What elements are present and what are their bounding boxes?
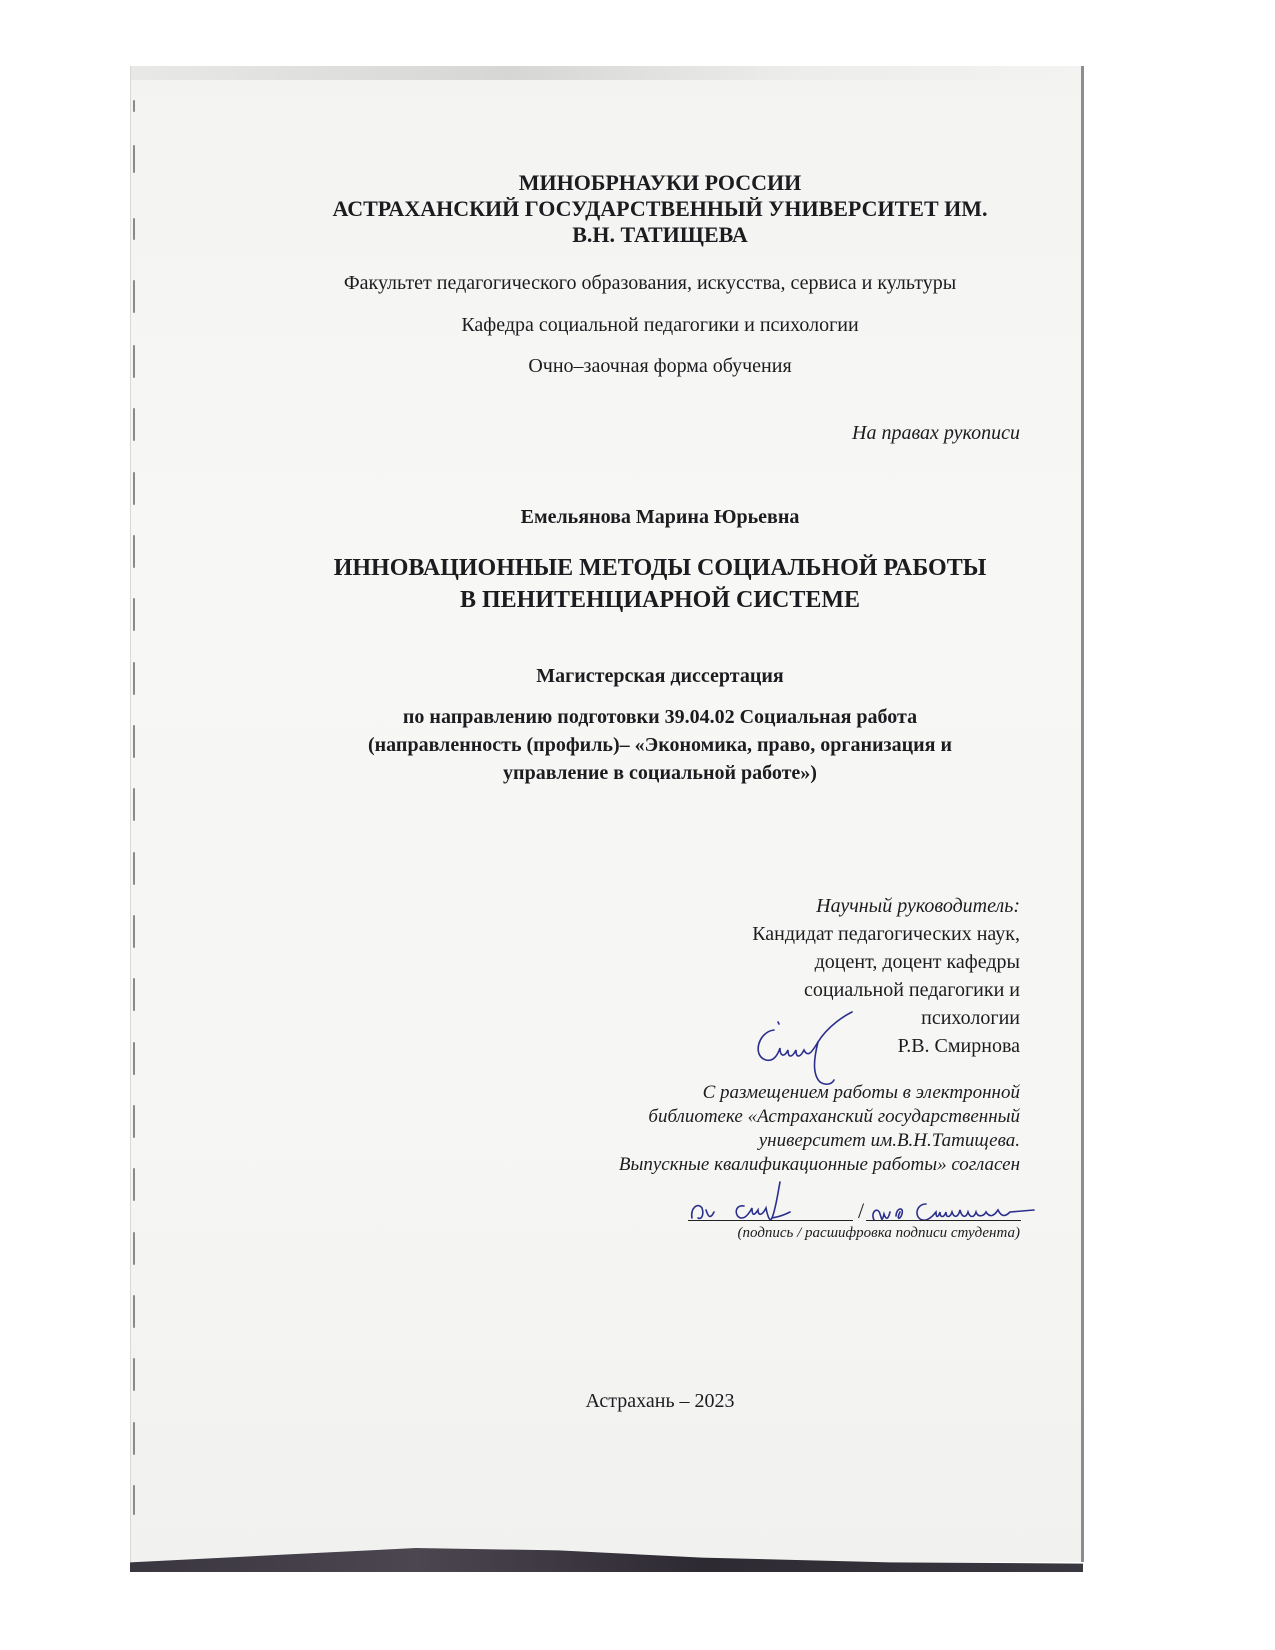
binding-mark <box>133 1042 135 1075</box>
supervisor-name: Р.В. Смирнова <box>898 1035 1020 1058</box>
signature-separator: / <box>858 1198 864 1224</box>
thesis-title-line2: В ПЕНИТЕНЦИАРНОЙ СИСТЕМЕ <box>130 587 1190 614</box>
binding-mark <box>133 852 135 885</box>
supervisor-label: Научный руководитель: <box>816 895 1020 918</box>
binding-mark <box>133 1485 135 1515</box>
supervisor-signature <box>748 1008 868 1088</box>
direction-line1: по направлению подготовки 39.04.02 Социа… <box>130 706 1190 729</box>
binding-mark <box>133 472 135 505</box>
manuscript-note: На правах рукописи <box>852 422 1020 445</box>
supervisor-department-line2: психологии <box>921 1007 1020 1030</box>
binding-mark <box>133 1295 135 1328</box>
direction-line2: (направленность (профиль)– «Экономика, п… <box>130 734 1190 757</box>
university-heading-line2: В.Н. ТАТИЩЕВА <box>130 222 1190 248</box>
binding-mark <box>133 145 135 173</box>
consent-line4: Выпускные квалификационные работы» согла… <box>619 1154 1020 1176</box>
binding-mark <box>133 100 135 112</box>
binding-mark <box>133 1422 135 1455</box>
direction-line3: управление в социальной работе») <box>130 762 1190 785</box>
city-year: Астрахань – 2023 <box>130 1390 1190 1413</box>
supervisor-degree: Кандидат педагогических наук, <box>752 923 1020 946</box>
signature-caption: (подпись / расшифровка подписи студента) <box>738 1225 1020 1242</box>
university-heading-line1: АСТРАХАНСКИЙ ГОСУДАРСТВЕННЫЙ УНИВЕРСИТЕТ… <box>130 196 1190 222</box>
thesis-title-line1: ИННОВАЦИОННЫЕ МЕТОДЫ СОЦИАЛЬНОЙ РАБОТЫ <box>130 555 1190 582</box>
student-name-handwritten <box>866 1194 1046 1228</box>
work-type: Магистерская диссертация <box>130 665 1190 688</box>
binding-mark <box>133 978 135 1011</box>
study-form: Очно–заочная форма обучения <box>130 355 1190 378</box>
binding-mark <box>133 1358 135 1391</box>
binding-mark <box>133 408 135 441</box>
signature-underline <box>688 1220 853 1221</box>
consent-line2: библиотеке «Астраханский государственный <box>648 1106 1020 1128</box>
ministry-heading: МИНОБРНАУКИ РОССИИ <box>130 170 1190 196</box>
page-top-shadow <box>131 66 1081 80</box>
binding-mark <box>133 788 135 821</box>
supervisor-position: доцент, доцент кафедры <box>815 951 1020 974</box>
author-name: Емельянова Марина Юрьевна <box>130 506 1190 529</box>
signature-decoding-underline <box>866 1220 1021 1221</box>
supervisor-department-line1: социальной педагогики и <box>804 979 1020 1002</box>
department-name: Кафедра социальной педагогики и психолог… <box>130 314 1190 337</box>
binding-mark <box>133 1105 135 1138</box>
binding-mark <box>133 1168 135 1201</box>
consent-line3: университет им.В.Н.Татищева. <box>759 1130 1020 1152</box>
binding-mark <box>133 915 135 948</box>
faculty-name: Факультет педагогического образования, и… <box>120 272 1180 295</box>
binding-mark <box>133 1232 135 1265</box>
consent-line1: С размещением работы в электронной <box>703 1082 1020 1104</box>
